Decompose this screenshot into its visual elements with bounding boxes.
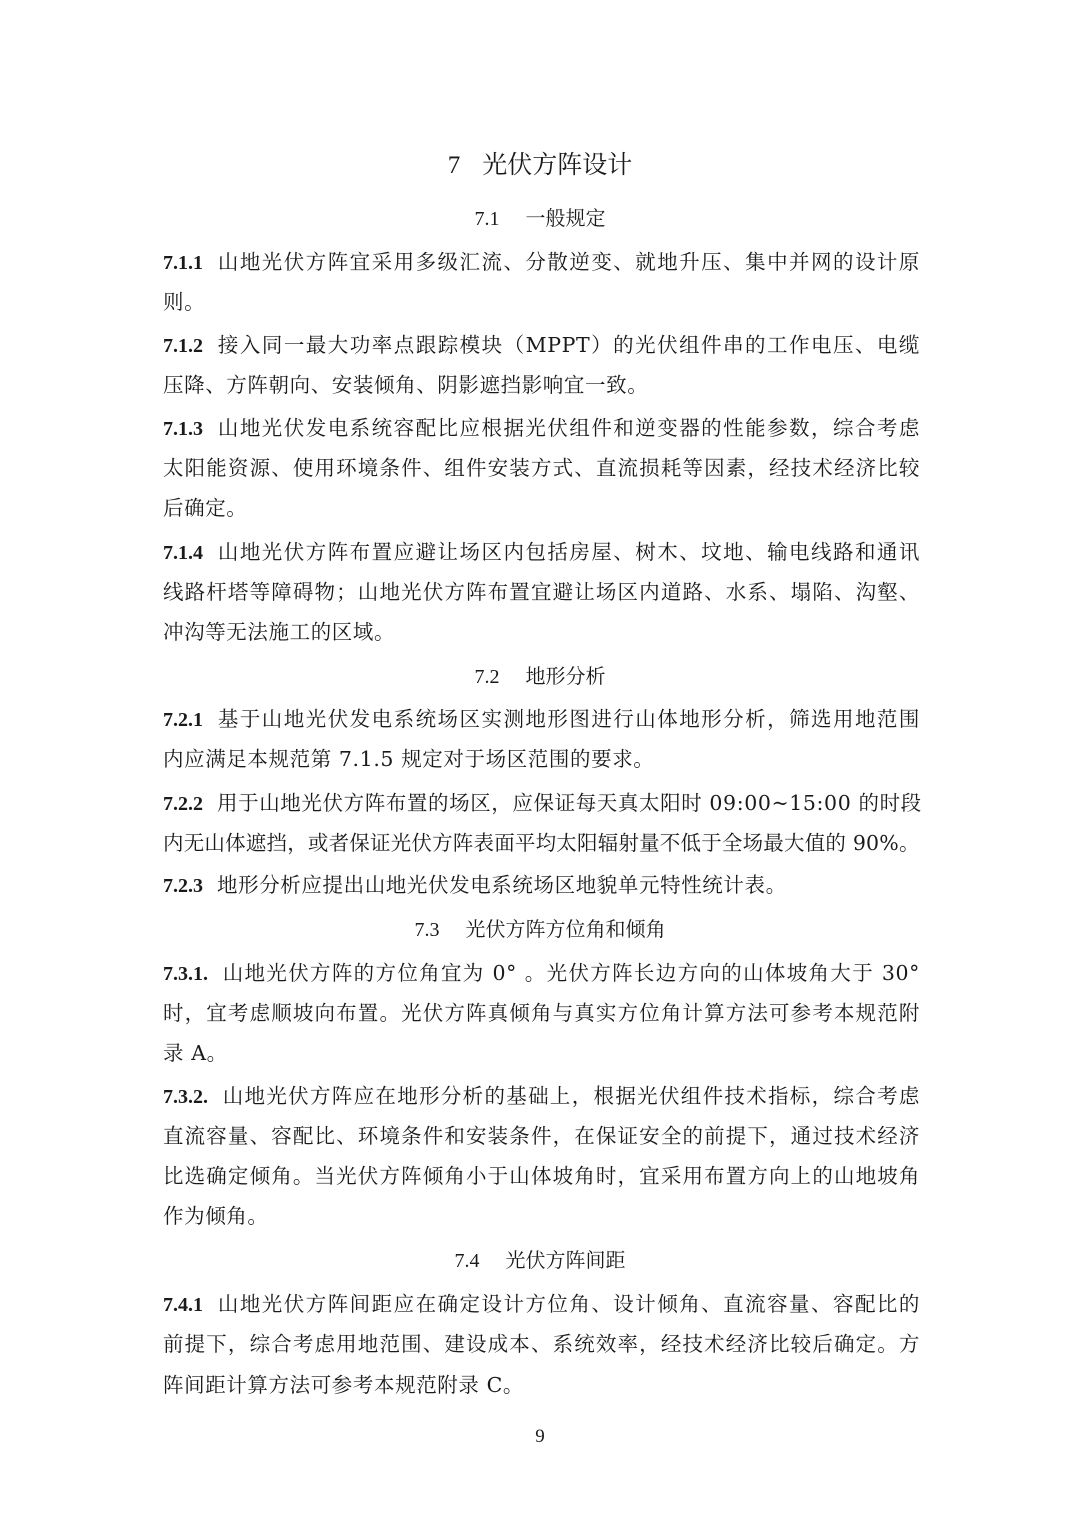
clause-number: 7.1.2	[163, 335, 203, 357]
clause-text: 山地光伏发电系统容配比应根据光伏组件和逆变器的性能参数，综合考虑	[217, 416, 920, 440]
clause-7-2-2-cont: 内无山体遮挡，或者保证光伏方阵表面平均太阳辐射量不低于全场最大值的 90%。	[163, 830, 920, 856]
clause-text: 接入同一最大功率点跟踪模块（MPPT）的光伏组件串的工作电压、电缆	[217, 333, 920, 357]
clause-number: 7.4.1	[163, 1294, 203, 1316]
section-heading-7-4: 7.4光伏方阵间距	[0, 1247, 1080, 1274]
section-title: 地形分析	[526, 664, 606, 688]
clause-7-2-2: 7.2.2用于山地光伏方阵布置的场区，应保证每天真太阳时 09:00~15:00…	[163, 790, 920, 817]
page-number: 9	[0, 1426, 1080, 1448]
clause-7-1-3: 7.1.3山地光伏发电系统容配比应根据光伏组件和逆变器的性能参数，综合考虑	[163, 415, 920, 442]
clause-7-3-2: 7.3.2.山地光伏方阵应在地形分析的基础上，根据光伏组件技术指标，综合考虑	[163, 1083, 920, 1110]
section-number: 7.3	[415, 919, 440, 941]
clause-7-1-2-cont: 压降、方阵朝向、安装倾角、阴影遮挡影响宜一致。	[163, 372, 920, 398]
clause-7-3-1: 7.3.1.山地光伏方阵的方位角宜为 0° 。光伏方阵长边方向的山体坡角大于 3…	[163, 960, 920, 987]
chapter-heading: 7光伏方阵设计	[0, 149, 1080, 182]
clause-7-1-4-cont2: 冲沟等无法施工的区域。	[163, 619, 920, 645]
section-title: 一般规定	[526, 206, 606, 230]
section-heading-7-2: 7.2地形分析	[0, 663, 1080, 690]
clause-text: 地形分析应提出山地光伏发电系统场区地貌单元特性统计表。	[217, 873, 787, 897]
clause-7-1-3-cont2: 后确定。	[163, 495, 920, 521]
clause-text: 用于山地光伏方阵布置的场区，应保证每天真太阳时 09:00~15:00 的时段	[217, 791, 922, 815]
clause-number: 7.1.1	[163, 252, 203, 274]
clause-7-1-1: 7.1.1山地光伏方阵宜采用多级汇流、分散逆变、就地升压、集中并网的设计原	[163, 249, 920, 276]
section-number: 7.4	[455, 1250, 480, 1272]
clause-7-4-1: 7.4.1山地光伏方阵间距应在确定设计方位角、设计倾角、直流容量、容配比的	[163, 1291, 920, 1318]
clause-text: 基于山地光伏发电系统场区实测地形图进行山体地形分析，筛选用地范围	[217, 707, 920, 731]
section-number: 7.1	[475, 208, 500, 230]
clause-text: 山地光伏方阵宜采用多级汇流、分散逆变、就地升压、集中并网的设计原	[217, 250, 920, 274]
clause-7-3-2-cont1: 直流容量、容配比、环境条件和安装条件，在保证安全的前提下，通过技术经济	[163, 1123, 920, 1149]
clause-number: 7.2.1	[163, 709, 203, 731]
clause-7-2-3: 7.2.3地形分析应提出山地光伏发电系统场区地貌单元特性统计表。	[163, 872, 920, 899]
section-heading-7-1: 7.1一般规定	[0, 205, 1080, 232]
clause-7-1-4: 7.1.4山地光伏方阵布置应避让场区内包括房屋、树木、坟地、输电线路和通讯	[163, 539, 920, 566]
clause-7-2-1: 7.2.1基于山地光伏发电系统场区实测地形图进行山体地形分析，筛选用地范围	[163, 706, 920, 733]
section-number: 7.2	[475, 666, 500, 688]
chapter-number: 7	[448, 152, 461, 179]
clause-7-3-2-cont3: 作为倾角。	[163, 1203, 920, 1229]
clause-7-1-3-cont1: 太阳能资源、使用环境条件、组件安装方式、直流损耗等因素，经技术经济比较	[163, 455, 920, 481]
section-heading-7-3: 7.3光伏方阵方位角和倾角	[0, 916, 1080, 943]
clause-7-4-1-cont1: 前提下，综合考虑用地范围、建设成本、系统效率，经技术经济比较后确定。方	[163, 1331, 920, 1357]
clause-text: 山地光伏方阵布置应避让场区内包括房屋、树木、坟地、输电线路和通讯	[217, 540, 920, 564]
clause-text: 山地光伏方阵间距应在确定设计方位角、设计倾角、直流容量、容配比的	[217, 1292, 920, 1316]
clause-number: 7.3.1.	[163, 963, 208, 985]
clause-7-3-1-cont2: 录 A。	[163, 1040, 920, 1066]
section-title: 光伏方阵方位角和倾角	[466, 917, 666, 941]
clause-number: 7.2.2	[163, 793, 203, 815]
clause-7-1-2: 7.1.2接入同一最大功率点跟踪模块（MPPT）的光伏组件串的工作电压、电缆	[163, 332, 920, 359]
clause-number: 7.3.2.	[163, 1086, 208, 1108]
clause-7-3-1-cont1: 时，宜考虑顺坡向布置。光伏方阵真倾角与真实方位角计算方法可参考本规范附	[163, 1000, 920, 1026]
clause-text: 山地光伏方阵应在地形分析的基础上，根据光伏组件技术指标，综合考虑	[222, 1084, 920, 1108]
chapter-title: 光伏方阵设计	[482, 150, 632, 179]
clause-7-2-1-cont: 内应满足本规范第 7.1.5 规定对于场区范围的要求。	[163, 746, 920, 772]
clause-7-4-1-cont2: 阵间距计算方法可参考本规范附录 C。	[163, 1372, 920, 1398]
clause-7-1-4-cont1: 线路杆塔等障碍物；山地光伏方阵布置宜避让场区内道路、水系、塌陷、沟壑、	[163, 579, 920, 605]
clause-text: 山地光伏方阵的方位角宜为 0° 。光伏方阵长边方向的山体坡角大于 30°	[222, 961, 920, 985]
section-title: 光伏方阵间距	[506, 1248, 626, 1272]
clause-7-1-1-cont: 则。	[163, 289, 920, 315]
clause-number: 7.1.4	[163, 542, 203, 564]
clause-number: 7.1.3	[163, 418, 203, 440]
clause-number: 7.2.3	[163, 875, 203, 897]
clause-7-3-2-cont2: 比选确定倾角。当光伏方阵倾角小于山体坡角时，宜采用布置方向上的山地坡角	[163, 1163, 920, 1189]
